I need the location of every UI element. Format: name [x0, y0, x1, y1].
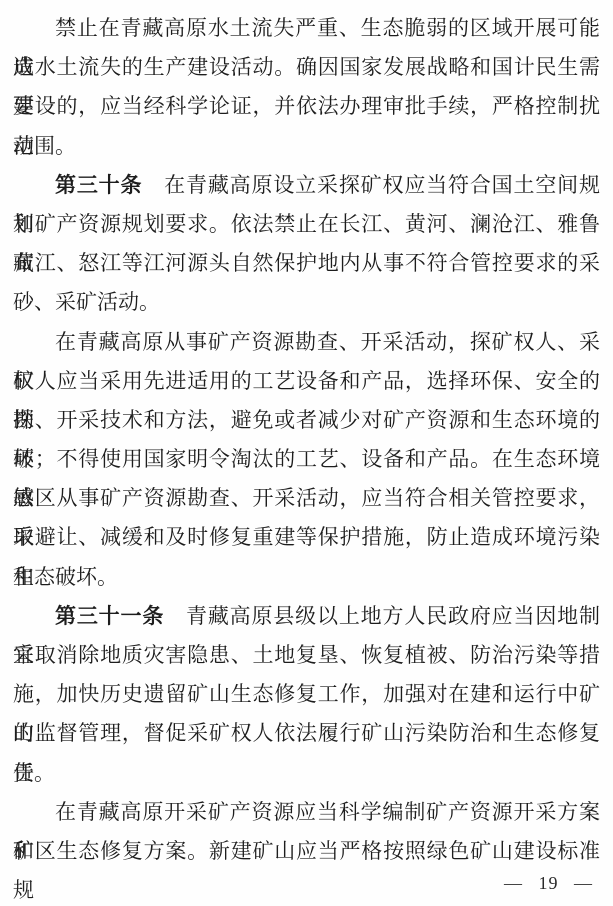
text-line: 在青藏高原开采矿产资源应当科学编制矿产资源开采方案和 [13, 793, 600, 832]
text-line: 施，加快历史遗留矿山生态修复工作，加强对在建和运行中矿山 [13, 675, 600, 714]
text-line: 取避让、减缓和及时修复重建等保护措施，防止造成环境污染和 [13, 518, 600, 557]
text-line: 的监督管理，督促采矿权人依法履行矿山污染防治和生态修复责 [13, 714, 600, 753]
text-line: 采取消除地质灾害隐患、土地复垦、恢复植被、防治污染等措 [13, 636, 600, 675]
text-line: 在青藏高原从事矿产资源勘查、开采活动，探矿权人、采矿 [13, 323, 600, 362]
text-line: 范围。 [13, 127, 600, 166]
text-line: 感区从事矿产资源勘查、开采活动，应当符合相关管控要求，采 [13, 479, 600, 518]
article-number: 第三十条 [55, 173, 142, 197]
text-line: 第三十条 在青藏高原设立采探矿权应当符合国土空间规划 [13, 166, 600, 205]
text-line: 第三十一条 青藏高原县级以上地方人民政府应当因地制宜 [13, 597, 600, 636]
document-page: 禁止在青藏高原水土流失严重、生态脆弱的区域开展可能造成水土流失的生产建设活动。确… [0, 0, 613, 906]
text-line: 建设的，应当经科学论证，并依法办理审批手续，严格控制扰动 [13, 87, 600, 126]
text-block: 禁止在青藏高原水土流失严重、生态脆弱的区域开展可能造成水土流失的生产建设活动。确… [13, 9, 600, 871]
text-line: 生态破坏。 [13, 558, 600, 597]
text-line: 探、开采技术和方法，避免或者减少对矿产资源和生态环境的破 [13, 401, 600, 440]
text-line: 布江、怒江等江河源头自然保护地内从事不符合管控要求的采 [13, 244, 600, 283]
text-line: 禁止在青藏高原水土流失严重、生态脆弱的区域开展可能造 [13, 9, 600, 48]
text-line: 权人应当采用先进适用的工艺设备和产品，选择环保、安全的勘 [13, 362, 600, 401]
page-number: — 19 — [504, 873, 593, 893]
text-line: 成水土流失的生产建设活动。确因国家发展战略和国计民生需要 [13, 48, 600, 87]
text-line: 矿区生态修复方案。新建矿山应当严格按照绿色矿山建设标准规 [13, 832, 600, 871]
text-line: 和矿产资源规划要求。依法禁止在长江、黄河、澜沧江、雅鲁藏 [13, 205, 600, 244]
text-line: 砂、采矿活动。 [13, 283, 600, 322]
text-line: 任。 [13, 754, 600, 793]
text-line: 坏；不得使用国家明令淘汰的工艺、设备和产品。在生态环境敏 [13, 440, 600, 479]
article-number: 第三十一条 [55, 604, 164, 628]
